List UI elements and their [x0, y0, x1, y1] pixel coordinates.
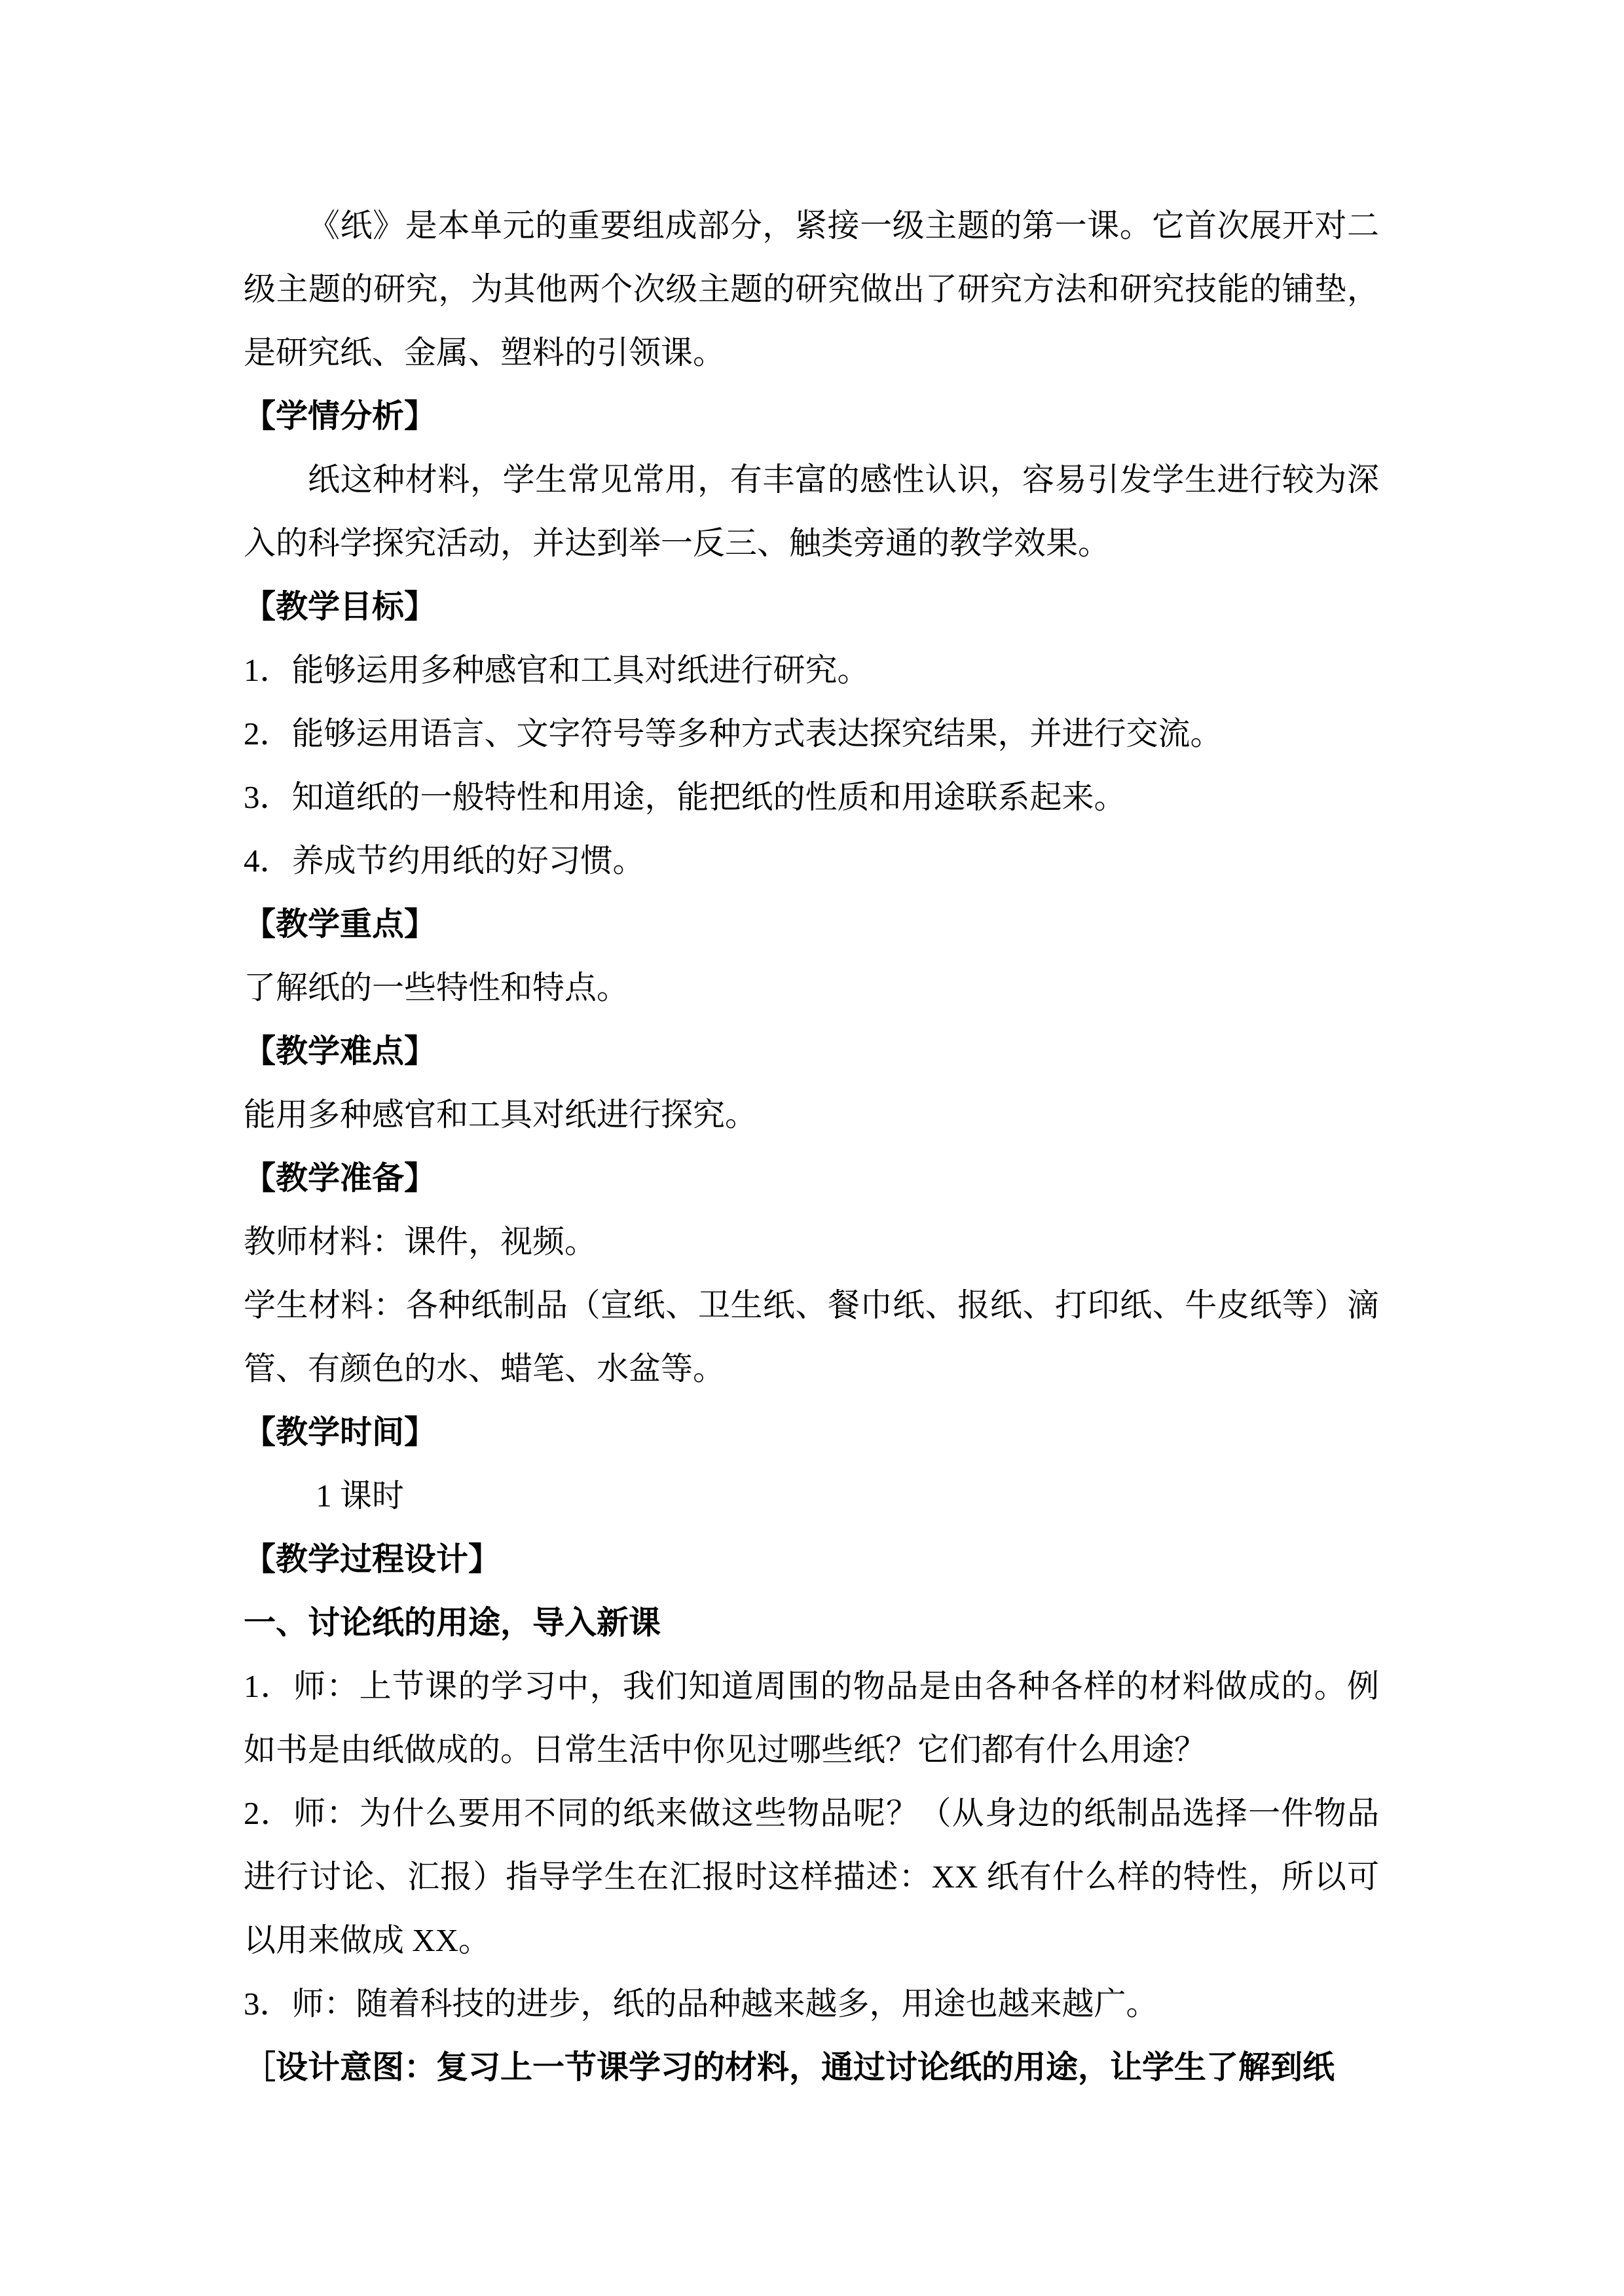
- section-heading: 【教学过程设计】: [244, 1527, 1379, 1591]
- section-heading: 【教学难点】: [244, 1019, 1379, 1083]
- paragraph: 3．知道纸的一般特性和用途，能把纸的性质和用途联系起来。: [244, 765, 1379, 829]
- paragraph: 教师材料：课件，视频。: [244, 1210, 1379, 1273]
- paragraph: 4．养成节约用纸的好习惯。: [244, 829, 1379, 892]
- paragraph: 3．师：随着科技的进步，纸的品种越来越多，用途也越来越广。: [244, 1972, 1379, 2035]
- paragraph: 2．能够运用语言、文字符号等多种方式表达探究结果，并进行交流。: [244, 702, 1379, 765]
- paragraph: 1．能够运用多种感官和工具对纸进行研究。: [244, 638, 1379, 702]
- paragraph: 2．师：为什么要用不同的纸来做这些物品呢？（从身边的纸制品选择一件物品进行讨论、…: [244, 1781, 1379, 1972]
- paragraph: 纸这种材料，学生常见常用，有丰富的感性认识，容易引发学生进行较为深入的科学探究活…: [244, 448, 1379, 575]
- document-page: 《纸》是本单元的重要组成部分，紧接一级主题的第一课。它首次展开对二级主题的研究，…: [0, 0, 1624, 2296]
- paragraph: 《纸》是本单元的重要组成部分，紧接一级主题的第一课。它首次展开对二级主题的研究，…: [244, 194, 1379, 384]
- document-body: 《纸》是本单元的重要组成部分，紧接一级主题的第一课。它首次展开对二级主题的研究，…: [244, 194, 1379, 2099]
- section-heading: 一、讨论纸的用途，导入新课: [244, 1591, 1379, 1654]
- paragraph: 1 课时: [244, 1464, 1379, 1527]
- section-heading: 【教学时间】: [244, 1400, 1379, 1464]
- paragraph: 学生材料：各种纸制品（宣纸、卫生纸、餐巾纸、报纸、打印纸、牛皮纸等）滴管、有颜色…: [244, 1273, 1379, 1400]
- paragraph: 1．师：上节课的学习中，我们知道周围的物品是由各种各样的材料做成的。例如书是由纸…: [244, 1654, 1379, 1781]
- section-heading: 【学情分析】: [244, 384, 1379, 448]
- paragraph: 了解纸的一些特性和特点。: [244, 956, 1379, 1019]
- section-heading: 【教学重点】: [244, 892, 1379, 956]
- section-heading: 【教学准备】: [244, 1146, 1379, 1210]
- paragraph: 能用多种感官和工具对纸进行探究。: [244, 1083, 1379, 1146]
- paragraph: ［设计意图：复习上一节课学习的材料，通过讨论纸的用途，让学生了解到纸: [244, 2035, 1379, 2099]
- section-heading: 【教学目标】: [244, 575, 1379, 638]
